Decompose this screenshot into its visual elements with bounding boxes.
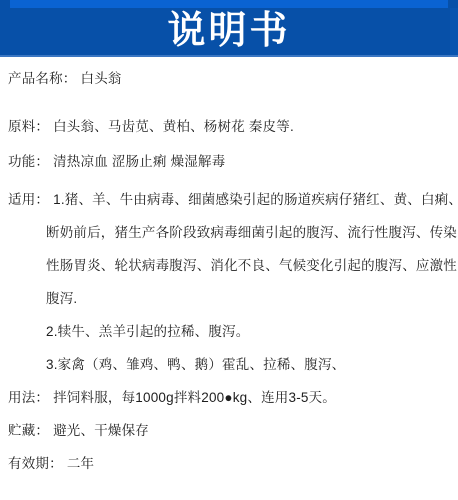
- field-indications: 适用：1.猪、羊、牛由病毒、细菌感染引起的肠道疾病仔猪红、黄、白痢、 断奶前后，…: [0, 183, 458, 381]
- product-name-label: 产品名称：: [8, 71, 77, 86]
- usage-value: 拌饲料服，每1000g拌料200●kg、连用3-5天。: [53, 390, 336, 405]
- product-name-value: 白头翁: [81, 71, 122, 86]
- page-title: 说明书: [0, 8, 458, 55]
- storage-label: 贮藏：: [8, 423, 49, 438]
- content-body: 产品名称：白头翁 原料：白头翁、马齿苋、黄柏、杨树花 秦皮等. 功能：清热凉血 …: [0, 62, 458, 480]
- function-label: 功能：: [8, 154, 49, 169]
- banner-top-strip: [10, 0, 448, 8]
- field-storage: 贮藏：避光、干燥保存: [0, 414, 458, 447]
- indications-line-4: 腹泻.: [0, 282, 458, 315]
- field-product-name: 产品名称：白头翁: [0, 62, 458, 95]
- storage-value: 避光、干燥保存: [53, 423, 149, 438]
- indications-line-3: 性肠胃炎、轮状病毒腹泻、消化不良、气候变化引起的腹泻、应激性: [0, 249, 458, 282]
- ingredients-label: 原料：: [8, 119, 49, 134]
- usage-label: 用法：: [8, 390, 49, 405]
- indications-item2: 2.犊牛、羔羊引起的拉稀、腹泻。: [0, 315, 458, 348]
- header-banner: 说明书: [0, 0, 458, 57]
- instruction-sheet: 说明书 产品名称：白头翁 原料：白头翁、马齿苋、黄柏、杨树花 秦皮等. 功能：清…: [0, 0, 458, 500]
- field-shelf-life: 有效期：二年: [0, 447, 458, 480]
- field-usage: 用法：拌饲料服，每1000g拌料200●kg、连用3-5天。: [0, 381, 458, 414]
- indications-label: 适用：: [8, 192, 49, 207]
- shelf-life-label: 有效期：: [8, 456, 63, 471]
- ingredients-value: 白头翁、马齿苋、黄柏、杨树花 秦皮等.: [53, 119, 294, 134]
- indications-item1-line1: 1.猪、羊、牛由病毒、细菌感染引起的肠道疾病仔猪红、黄、白痢、: [53, 192, 458, 207]
- indications-line-1: 适用：1.猪、羊、牛由病毒、细菌感染引起的肠道疾病仔猪红、黄、白痢、: [0, 183, 458, 216]
- indications-line-2: 断奶前后，猪生产各阶段致病毒细菌引起的腹泻、流行性腹泻、传染: [0, 216, 458, 249]
- indications-item3: 3.家禽（鸡、雏鸡、鸭、鹅）霍乱、拉稀、腹泻、: [0, 348, 458, 381]
- field-function: 功能：清热凉血 涩肠止痢 燥湿解毒: [0, 145, 458, 178]
- shelf-life-value: 二年: [67, 456, 94, 471]
- field-ingredients: 原料：白头翁、马齿苋、黄柏、杨树花 秦皮等.: [0, 110, 458, 143]
- function-value: 清热凉血 涩肠止痢 燥湿解毒: [53, 154, 225, 169]
